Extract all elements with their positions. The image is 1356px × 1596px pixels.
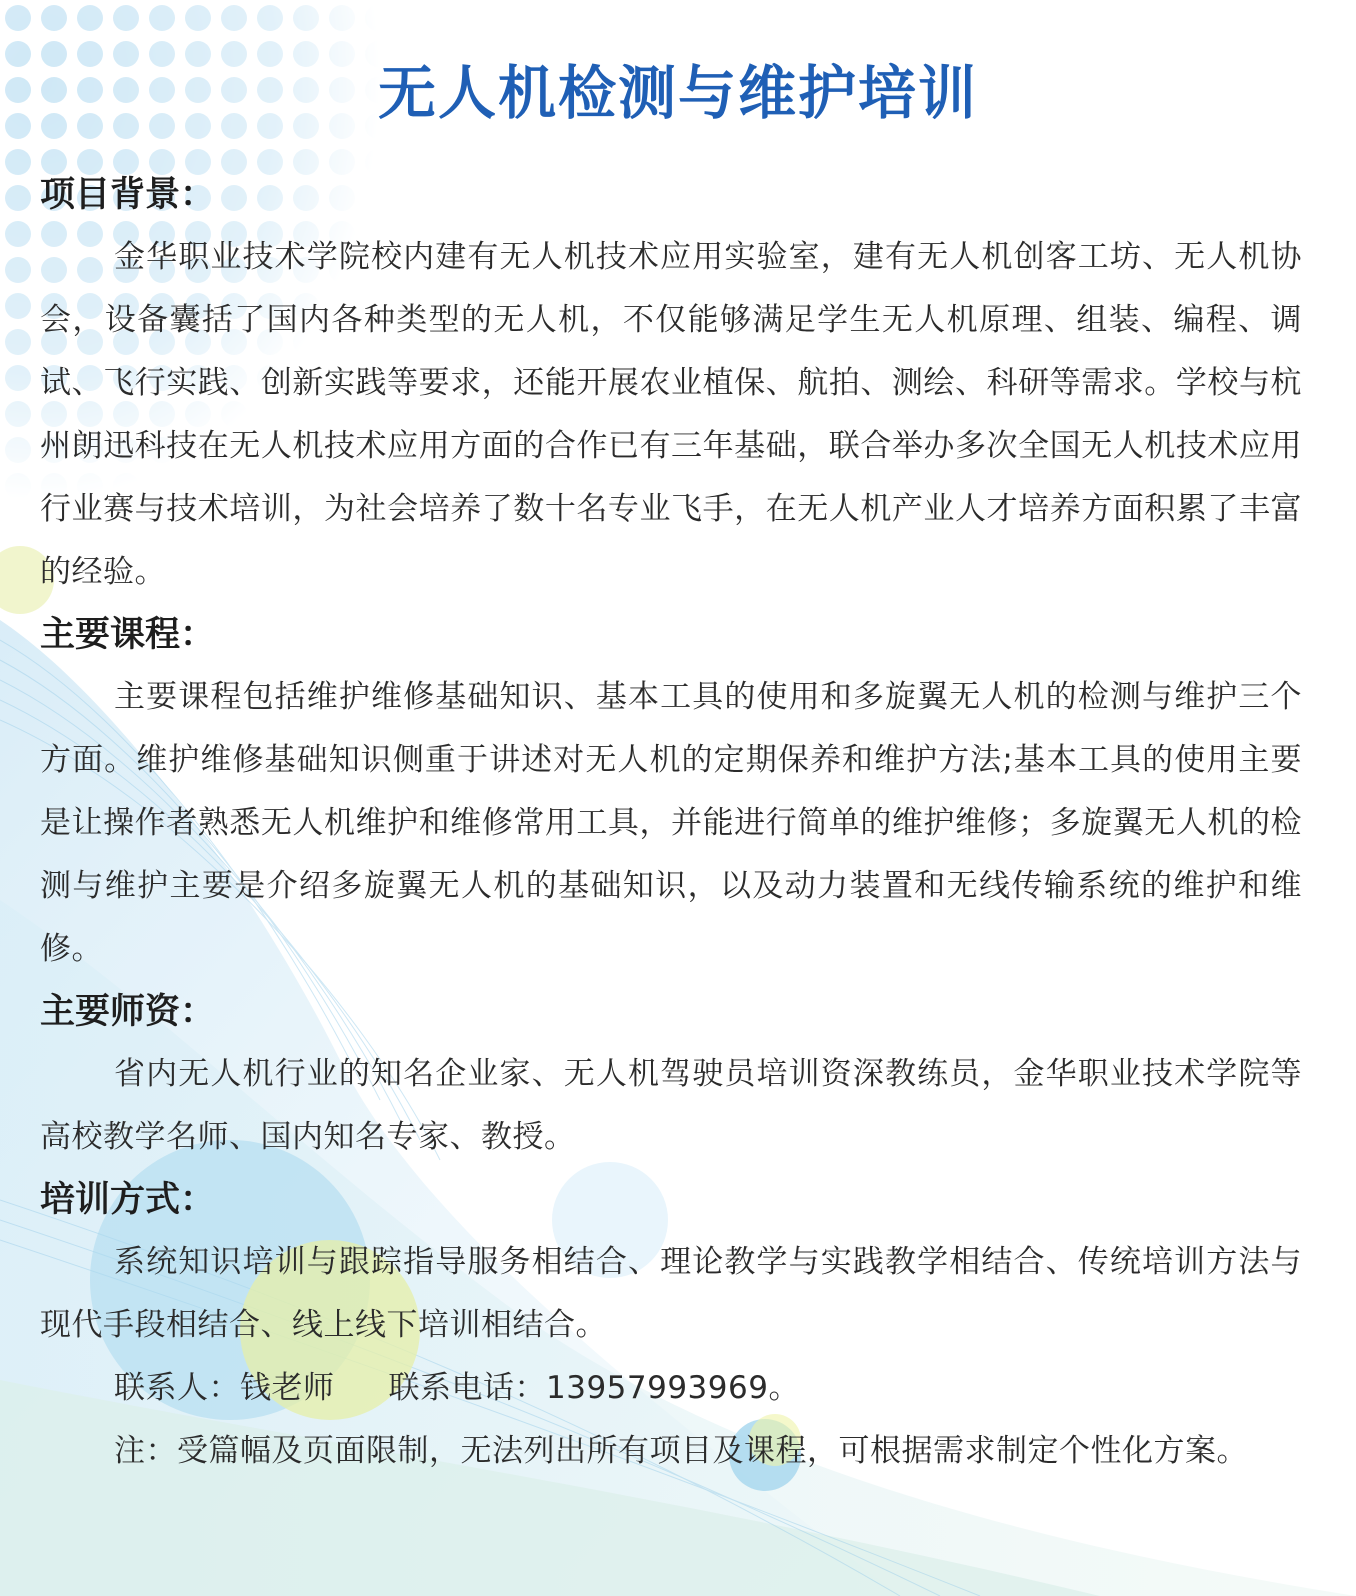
contact-person-label: 联系人： (114, 1370, 240, 1406)
section-paragraph: 金华职业技术学院校内建有无人机技术应用实验室，建有无人机创客工坊、无人机协会，设… (40, 226, 1302, 604)
section-heading: 项目背景： (40, 164, 1302, 226)
contact-line: 联系人：钱老师联系电话：13957993969。 (40, 1357, 1302, 1420)
section-paragraph: 省内无人机行业的知名企业家、无人机驾驶员培训资深教练员，金华职业技术学院等高校教… (40, 1043, 1302, 1169)
section-heading: 主要课程： (40, 604, 1302, 666)
contact-person: 钱老师 (240, 1370, 335, 1406)
section-heading: 主要师资： (40, 981, 1302, 1043)
section-faculty: 主要师资： 省内无人机行业的知名企业家、无人机驾驶员培训资深教练员，金华职业技术… (40, 981, 1302, 1169)
section-heading: 培训方式： (40, 1169, 1302, 1231)
section-project-background: 项目背景： 金华职业技术学院校内建有无人机技术应用实验室，建有无人机创客工坊、无… (40, 164, 1302, 604)
contact-phone: 13957993969。 (546, 1370, 800, 1406)
section-training-method: 培训方式： 系统知识培训与跟踪指导服务相结合、理论教学与实践教学相结合、传统培训… (40, 1169, 1302, 1357)
section-paragraph: 主要课程包括维护维修基础知识、基本工具的使用和多旋翼无人机的检测与维护三个方面。… (40, 666, 1302, 981)
training-brochure-page: 无人机检测与维护培训 项目背景： 金华职业技术学院校内建有无人机技术应用实验室，… (0, 0, 1356, 1596)
note-paragraph: 注：受篇幅及页面限制，无法列出所有项目及课程，可根据需求制定个性化方案。 (40, 1420, 1302, 1483)
content-body: 项目背景： 金华职业技术学院校内建有无人机技术应用实验室，建有无人机创客工坊、无… (40, 164, 1302, 1483)
contact-phone-label: 联系电话： (389, 1370, 547, 1406)
page-title: 无人机检测与维护培训 (0, 53, 1356, 133)
section-main-courses: 主要课程： 主要课程包括维护维修基础知识、基本工具的使用和多旋翼无人机的检测与维… (40, 604, 1302, 981)
section-paragraph: 系统知识培训与跟踪指导服务相结合、理论教学与实践教学相结合、传统培训方法与现代手… (40, 1231, 1302, 1357)
